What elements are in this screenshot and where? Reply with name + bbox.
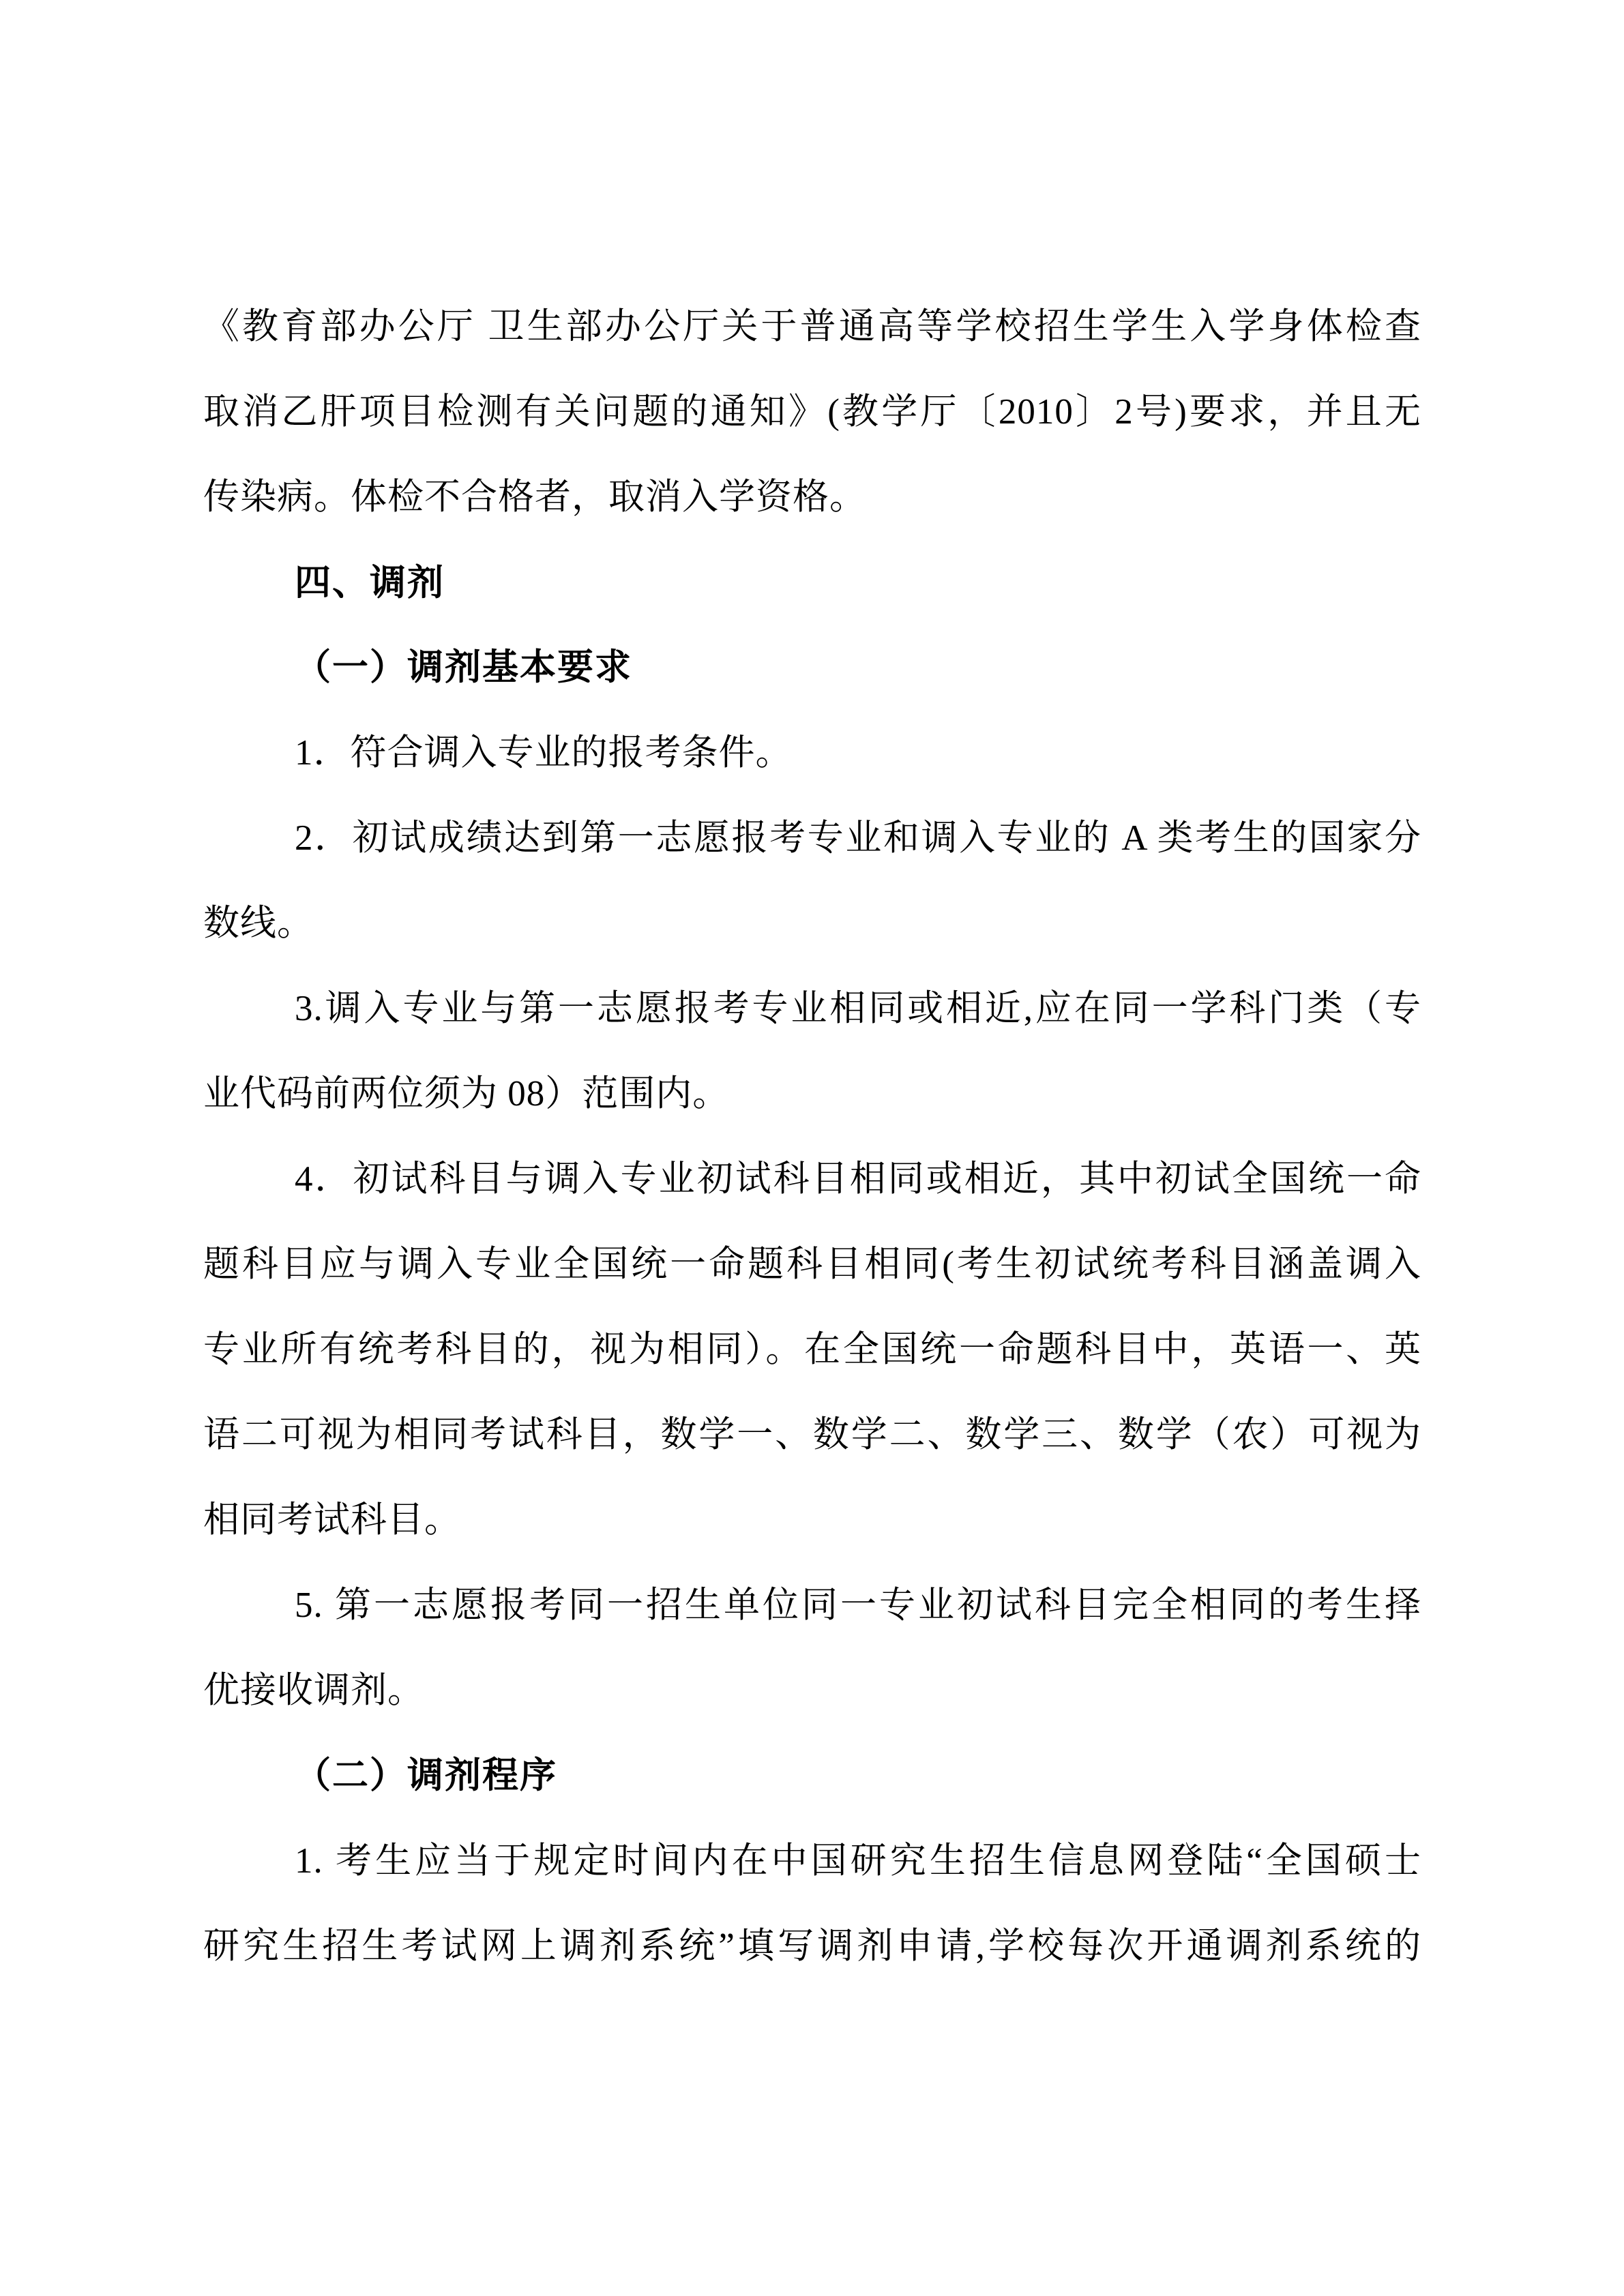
text-line-20: 研究生招生考试网上调剂系统”填写调剂申请,学校每次开通调剂系统的 [203, 1904, 1421, 1989]
text-line-16: 5. 第一志愿报考同一招生单位同一专业初试科目完全相同的考生择 [203, 1563, 1421, 1648]
text-line-3: 传染病。体检不合格者，取消入学资格。 [203, 455, 1421, 540]
text-line-7: 2．初试成绩达到第一志愿报考专业和调入专业的 A 类考生的国家分 [203, 796, 1421, 881]
text-line-19: 1. 考生应当于规定时间内在中国研究生招生信息网登陆“全国硕士 [203, 1819, 1421, 1904]
text-line-13: 专业所有统考科目的，视为相同）。在全国统一命题科目中，英语一、英 [203, 1307, 1421, 1392]
text-line-9: 3.调入专业与第一志愿报考专业相同或相近,应在同一学科门类（专 [203, 966, 1421, 1052]
text-line-12: 题科目应与调入专业全国统一命题科目相同(考生初试统考科目涵盖调入 [203, 1222, 1421, 1307]
text-line-17: 优接收调剂。 [203, 1648, 1421, 1733]
text-line-10: 业代码前两位须为 08）范围内。 [203, 1052, 1421, 1137]
text-line-6: 1．符合调入专业的报考条件。 [203, 711, 1421, 796]
text-line-4: 四、调剂 [203, 540, 1421, 625]
text-line-18: （二）调剂程序 [203, 1733, 1421, 1819]
text-line-1: 《教育部办公厅 卫生部办公厅关于普通高等学校招生学生入学身体检查 [203, 284, 1421, 370]
document-page: 《教育部办公厅 卫生部办公厅关于普通高等学校招生学生入学身体检查取消乙肝项目检测… [0, 0, 1624, 2296]
text-line-15: 相同考试科目。 [203, 1478, 1421, 1563]
text-line-14: 语二可视为相同考试科目，数学一、数学二、数学三、数学（农）可视为 [203, 1392, 1421, 1478]
document-text-block: 《教育部办公厅 卫生部办公厅关于普通高等学校招生学生入学身体检查取消乙肝项目检测… [203, 284, 1421, 1989]
text-line-5: （一）调剂基本要求 [203, 625, 1421, 711]
text-line-2: 取消乙肝项目检测有关问题的通知》(教学厅〔2010〕2号)要求，并且无 [203, 370, 1421, 455]
text-line-8: 数线。 [203, 881, 1421, 966]
text-line-11: 4．初试科目与调入专业初试科目相同或相近，其中初试全国统一命 [203, 1137, 1421, 1222]
